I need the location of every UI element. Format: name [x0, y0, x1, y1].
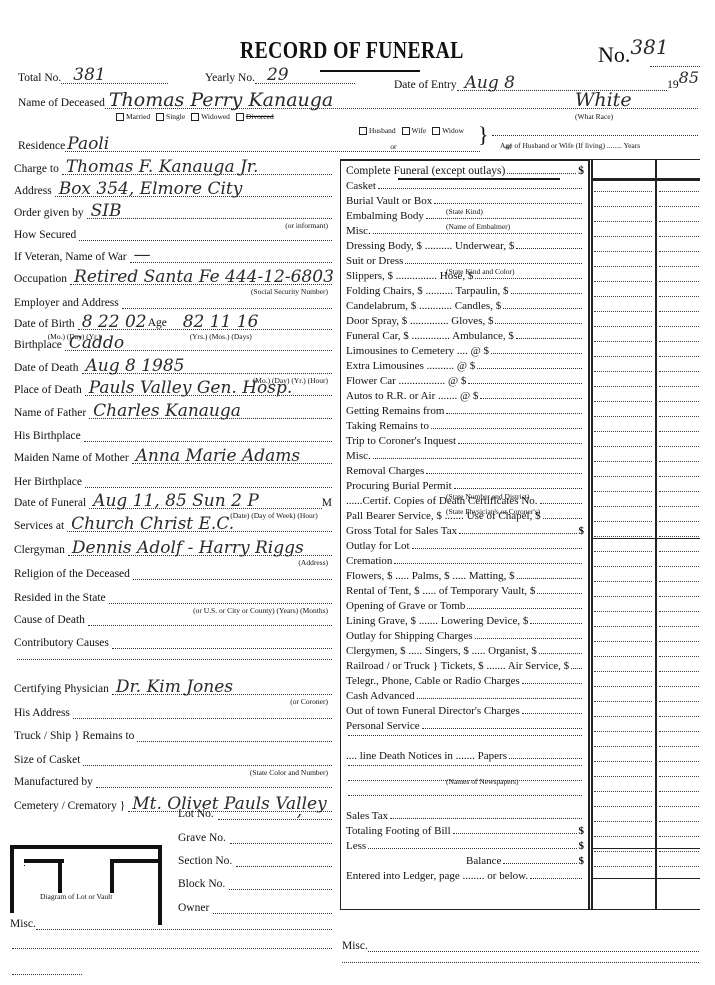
amount-dollars-cell[interactable]	[594, 701, 652, 702]
amount-dollars-cell[interactable]	[594, 461, 652, 462]
divorced-checkbox[interactable]	[236, 113, 244, 121]
amount-cents-cell[interactable]	[659, 581, 699, 582]
field-label: Services at	[14, 520, 64, 532]
field-input[interactable]	[85, 487, 332, 488]
amount-dollars-cell[interactable]	[594, 416, 652, 417]
field-input[interactable]	[79, 240, 332, 241]
residence-field: Residence Paoli or of	[18, 140, 480, 152]
amount-cents-cell[interactable]	[659, 776, 699, 777]
charge-label: .... line Death Notices in ....... Paper…	[346, 750, 507, 762]
amount-cents-cell[interactable]	[659, 671, 699, 672]
field-input[interactable]	[122, 308, 332, 309]
field-input[interactable]: —	[130, 262, 332, 263]
amount-dollars-cell[interactable]	[594, 866, 652, 867]
amount-cents-cell[interactable]	[659, 626, 699, 627]
dollar-sign: $	[579, 825, 585, 837]
race-hint: (What Race)	[575, 112, 613, 121]
charge-label: Door Spray, $ .............. Gloves, $	[346, 315, 493, 327]
residence-value[interactable]: Paoli	[67, 134, 109, 154]
amount-cents-cell[interactable]	[659, 536, 699, 537]
lot-field-label: Lot No.	[178, 808, 214, 820]
amount-column-divider-1b	[591, 160, 593, 910]
amount-dollars-cell[interactable]	[594, 326, 652, 327]
field-value: Anna Marie Adams	[136, 446, 300, 466]
misc-left-line-3[interactable]	[12, 974, 82, 975]
field-label: His Address	[14, 707, 70, 719]
amount-dollars-cell[interactable]	[594, 566, 652, 567]
amount-cents-cell[interactable]	[659, 821, 699, 822]
widow-checkbox[interactable]	[432, 127, 440, 135]
field-row: AddressBox 354, Elmore City	[14, 185, 332, 197]
amount-cents-cell[interactable]	[659, 551, 699, 552]
amount-dollars-cell[interactable]	[594, 296, 652, 297]
amount-dollars-cell[interactable]	[594, 611, 652, 612]
amount-dollars-cell[interactable]	[594, 746, 652, 747]
amount-cents-cell[interactable]	[659, 851, 699, 852]
misc-left-line-2[interactable]	[12, 948, 332, 949]
age-value[interactable]: 82 11 16	[183, 312, 259, 332]
amount-dollars-cell[interactable]	[594, 536, 652, 537]
field-label: Cause of Death	[14, 614, 85, 626]
field-hint: (Address)	[298, 558, 328, 567]
amount-cents-cell[interactable]	[659, 476, 699, 477]
yearly-no-value[interactable]: 29	[267, 65, 289, 85]
field-row	[14, 659, 332, 660]
diagram-right-border	[158, 845, 162, 925]
page-title: RECORD OF FUNERAL	[240, 38, 464, 65]
name-of-deceased-field: Name of Deceased Thomas Perry Kanauga Wh…	[18, 97, 698, 109]
charge-row: Lining Grave, $ ....... Lowering Device,…	[346, 615, 584, 627]
field-input[interactable]: Anna Marie Adams	[132, 463, 332, 464]
field-row: Manufactured by	[14, 776, 332, 788]
field-input[interactable]: Charles Kanauga	[89, 418, 332, 419]
lot-field-label: Block No.	[178, 878, 225, 890]
charge-label: Entered into Ledger, page ........ or be…	[346, 870, 528, 882]
charge-row: Flower Car ................. @ $	[346, 375, 584, 387]
charge-label: Limousines to Cemetery .... @ $	[346, 345, 489, 357]
charge-label: Burial Vault or Box	[346, 195, 432, 207]
amount-cents-cell[interactable]	[659, 446, 699, 447]
field-row: BirthplaceCaddo	[14, 339, 332, 351]
amount-cents-cell[interactable]	[659, 791, 699, 792]
amount-dollars-cell[interactable]	[594, 266, 652, 267]
amount-dollars-cell[interactable]	[594, 236, 652, 237]
charge-row: ......Certif. Copies of Death Certificat…	[346, 495, 584, 507]
field-value: Pauls Valley Gen. Hosp.	[89, 378, 293, 398]
charge-row: Telegr., Phone, Cable or Radio Charges	[346, 675, 584, 687]
widowed-checkbox[interactable]	[191, 113, 199, 121]
amount-cents-cell[interactable]	[659, 251, 699, 252]
charge-label: Candelabrum, $ ............ Candles, $	[346, 300, 501, 312]
charge-row: Balance$	[346, 855, 584, 867]
dollar-sign: $	[579, 840, 585, 852]
charge-label: Getting Remains from	[346, 405, 444, 417]
amount-cents-cell[interactable]	[659, 341, 699, 342]
lot-field-input[interactable]	[230, 843, 332, 844]
amount-cents-cell[interactable]	[659, 356, 699, 357]
name-of-deceased-value[interactable]: Thomas Perry Kanauga	[109, 89, 333, 111]
amount-dollars-cell[interactable]	[594, 641, 652, 642]
single-checkbox[interactable]	[156, 113, 164, 121]
lot-field-row: Grave No.	[178, 832, 332, 844]
charge-row: Personal Service	[346, 720, 584, 732]
spouse-line	[492, 135, 698, 136]
amount-dollars-cell[interactable]	[594, 761, 652, 762]
field-label: Religion of the Deceased	[14, 568, 130, 580]
marital-status-options: Married Single Widowed Divorced	[112, 112, 274, 121]
charge-label: Gross Total for Sales Tax	[346, 525, 457, 537]
amount-dollars-cell[interactable]	[594, 716, 652, 717]
amount-cents-cell[interactable]	[659, 506, 699, 507]
charge-label: Totaling Footing of Bill	[346, 825, 451, 837]
dollar-sign: $	[579, 855, 585, 867]
charge-label: Lining Grave, $ ....... Lowering Device,…	[346, 615, 528, 627]
amount-cents-cell[interactable]	[659, 191, 699, 192]
subtotal-rule	[592, 538, 700, 539]
amount-cents-cell[interactable]	[659, 206, 699, 207]
field-input[interactable]: Dr. Kim Jones(or Coroner)	[112, 694, 332, 695]
field-row: Place of DeathPauls Valley Gen. Hosp.	[14, 384, 332, 396]
field-value: Aug 11, 85 Sun 2 P	[93, 491, 259, 511]
amount-cents-cell[interactable]	[659, 596, 699, 597]
field-value: Charles Kanauga	[93, 401, 241, 421]
field-input[interactable]	[137, 741, 332, 742]
amount-cents-cell[interactable]	[659, 311, 699, 312]
amount-dollars-cell[interactable]	[594, 371, 652, 372]
amount-dollars-cell[interactable]	[594, 431, 652, 432]
lot-field-label: Owner	[178, 902, 209, 914]
amount-dollars-cell[interactable]	[594, 356, 652, 357]
field-row: Maiden Name of MotherAnna Marie Adams	[14, 452, 332, 464]
charge-row: Dressing Body, $ .......... Underwear, $	[346, 240, 584, 252]
field-input[interactable]: Aug 8 1985(Mo.) (Day) (Yr.) (Hour)	[82, 373, 333, 374]
field-value: 8 22 02	[82, 312, 147, 332]
field-value: SIB	[91, 201, 122, 221]
charge-row: Gross Total for Sales Tax$	[346, 525, 584, 537]
amount-cents-cell[interactable]	[659, 566, 699, 567]
amount-cents-cell[interactable]	[659, 386, 699, 387]
charge-label: Cash Advanced	[346, 690, 415, 702]
field-input[interactable]: Retired Santa Fe 444-12-6803(Social Secu…	[70, 284, 332, 285]
amount-cents-cell[interactable]	[659, 806, 699, 807]
charge-label: Procuring Burial Permit	[346, 480, 452, 492]
amount-cents-cell[interactable]	[659, 326, 699, 327]
field-hint: (Social Security Number)	[251, 287, 328, 296]
charge-row: Less$	[346, 840, 584, 852]
charge-label: Casket	[346, 180, 376, 192]
lot-field-row: Owner	[178, 902, 332, 914]
amount-cents-cell[interactable]	[659, 641, 699, 642]
amount-cents-cell[interactable]	[659, 371, 699, 372]
field-value: Church Christ E.C.	[71, 514, 234, 534]
charge-row: Flowers, $ ..... Palms, $ ..... Matting,…	[346, 570, 584, 582]
record-number-value[interactable]: 381	[630, 35, 668, 59]
charge-label: Extra Limousines .......... @ $	[346, 360, 475, 372]
amount-dollars-cell[interactable]	[594, 551, 652, 552]
amount-cents-cell[interactable]	[659, 656, 699, 657]
amount-dollars-cell[interactable]	[594, 821, 652, 822]
total-no-field: Total No. 381	[18, 72, 168, 84]
year-value[interactable]: 85	[679, 68, 699, 87]
charge-label: Cremation	[346, 555, 392, 567]
charge-row: Totaling Footing of Bill$	[346, 825, 584, 837]
amount-cents-cell[interactable]	[659, 401, 699, 402]
charge-label: Balance	[466, 855, 501, 867]
amount-cents-cell[interactable]	[659, 701, 699, 702]
charge-row: Cash Advanced	[346, 690, 584, 702]
diagram-top-border	[10, 845, 158, 849]
charge-row: Casket	[346, 180, 584, 192]
field-input[interactable]: (State Color and Number)	[83, 765, 332, 766]
amount-cents-cell[interactable]	[659, 266, 699, 267]
lot-field-row: Lot No.,	[178, 808, 332, 820]
charge-row: Autos to R.R. or Air ....... @ $	[346, 390, 584, 402]
field-input[interactable]: Church Christ E.C.	[67, 531, 332, 532]
lot-field-label: Grave No.	[178, 832, 226, 844]
diagram-door-right	[110, 859, 114, 893]
field-label: Date of Death	[14, 362, 79, 374]
amount-cents-cell[interactable]	[659, 611, 699, 612]
age-label: Age	[148, 317, 167, 329]
amount-dollars-cell[interactable]	[594, 311, 652, 312]
charge-row: Complete Funeral (except outlays)$	[346, 165, 584, 177]
charge-row: Clergymen, $ ..... Singers, $ ..... Orga…	[346, 645, 584, 657]
amount-dollars-cell[interactable]	[594, 596, 652, 597]
charge-row: Door Spray, $ .............. Gloves, $	[346, 315, 584, 327]
charge-row: .... line Death Notices in ....... Paper…	[346, 750, 584, 762]
race-value[interactable]: White	[575, 89, 632, 111]
charge-label: Less	[346, 840, 366, 852]
field-row: His Birthplace	[14, 430, 332, 442]
amount-cents-cell[interactable]	[659, 521, 699, 522]
date-of-entry-value[interactable]: Aug 8	[465, 73, 515, 93]
charge-row: (Names of Newspapers)	[346, 765, 584, 769]
field-value: Box 354, Elmore City	[59, 179, 243, 199]
charge-row: Slippers, $ ............... Hose, $	[346, 270, 584, 282]
field-input[interactable]	[17, 659, 332, 660]
funeral-total-rule	[592, 178, 700, 181]
charges-box-top	[340, 159, 700, 160]
charge-row: Rental of Tent, $ ..... of Temporary Vau…	[346, 585, 584, 597]
amount-dollars-cell[interactable]	[594, 776, 652, 777]
amount-dollars-cell[interactable]	[594, 521, 652, 522]
charge-label: Dressing Body, $ .......... Underwear, $	[346, 240, 514, 252]
field-row: OccupationRetired Santa Fe 444-12-6803(S…	[14, 273, 332, 285]
charge-label: Railroad / or Truck } Tickets, $ .......…	[346, 660, 569, 672]
amount-dollars-cell[interactable]	[594, 671, 652, 672]
charge-label: Clergymen, $ ..... Singers, $ ..... Orga…	[346, 645, 537, 657]
field-row: His Address	[14, 707, 332, 719]
amount-dollars-cell[interactable]	[594, 281, 652, 282]
charge-row: Sales Tax	[346, 810, 584, 822]
charge-row	[346, 795, 584, 799]
field-row: Employer and Address	[14, 297, 332, 309]
amount-dollars-cell[interactable]	[594, 626, 652, 627]
amount-cents-cell[interactable]	[659, 281, 699, 282]
charge-label: Outlay for Shipping Charges	[346, 630, 473, 642]
field-value: Dr. Kim Jones	[116, 677, 233, 697]
amount-dollars-cell[interactable]	[594, 506, 652, 507]
husband-checkbox[interactable]	[359, 127, 367, 135]
amount-dollars-cell[interactable]	[594, 251, 652, 252]
field-input[interactable]: Thomas F. Kanauga Jr.	[62, 174, 332, 175]
charge-row: Burial Vault or Box(State Kind)	[346, 195, 584, 207]
date-of-entry-field: Date of Entry Aug 8 1985	[394, 72, 699, 91]
field-label: Clergyman	[14, 544, 65, 556]
field-input[interactable]	[96, 787, 332, 788]
amount-dollars-cell[interactable]	[594, 656, 652, 657]
charge-row	[346, 780, 584, 784]
field-input[interactable]: Box 354, Elmore City	[55, 196, 332, 197]
charge-row: Outlay for Shipping Charges	[346, 630, 584, 642]
field-label: If Veteran, Name of War	[14, 251, 127, 263]
charge-row: Removal Charges	[346, 465, 584, 477]
amount-dollars-cell[interactable]	[594, 386, 652, 387]
charge-label: Autos to R.R. or Air ....... @ $	[346, 390, 478, 402]
charge-row: Pall Bearer Service, $ ....... Use of Ch…	[346, 510, 584, 522]
amount-dollars-cell[interactable]	[594, 851, 652, 852]
misc-right-line-2[interactable]	[342, 962, 699, 963]
charge-label: Folding Chairs, $ .......... Tarpaulin, …	[346, 285, 509, 297]
field-label: Size of Casket	[14, 754, 80, 766]
charge-label: Suit or Dress	[346, 255, 403, 267]
field-label: Place of Death	[14, 384, 82, 396]
field-label: Contributory Causes	[14, 637, 109, 649]
amount-dollars-cell[interactable]	[594, 191, 652, 192]
amount-cents-cell[interactable]	[659, 296, 699, 297]
field-value: —	[134, 245, 151, 265]
amount-cents-cell[interactable]	[659, 746, 699, 747]
charge-label: Outlay for Lot	[346, 540, 410, 552]
field-input[interactable]	[112, 648, 332, 649]
amount-cents-cell[interactable]	[659, 866, 699, 867]
field-row: Size of Casket(State Color and Number)	[14, 754, 332, 766]
amount-cents-cell[interactable]	[659, 416, 699, 417]
field-label: Address	[14, 185, 52, 197]
charge-row: Trip to Coroner's Inquest	[346, 435, 584, 447]
amount-cents-cell[interactable]	[659, 686, 699, 687]
charge-row: Taking Remains to	[346, 420, 584, 432]
lot-field-value: ,	[297, 801, 302, 821]
yearly-no-field: Yearly No. 29	[205, 72, 355, 84]
field-row: Resided in the State(or U.S. or City or …	[14, 592, 332, 604]
lot-field-row: Block No.	[178, 878, 332, 890]
amount-cents-cell[interactable]	[659, 221, 699, 222]
field-hint: (Date) (Day of Week) (Hour)	[230, 511, 318, 520]
lot-field-label: Section No.	[178, 855, 232, 867]
amount-cents-cell[interactable]	[659, 761, 699, 762]
field-input[interactable]	[84, 441, 332, 442]
amount-cents-cell[interactable]	[659, 431, 699, 432]
field-label: Order given by	[14, 207, 84, 219]
field-row: If Veteran, Name of War—	[14, 251, 332, 263]
charge-label: Rental of Tent, $ ..... of Temporary Vau…	[346, 585, 535, 597]
diagram-door-left	[58, 859, 62, 893]
field-value: Thomas F. Kanauga Jr.	[66, 157, 259, 177]
amount-dollars-cell[interactable]	[594, 686, 652, 687]
amount-dollars-cell[interactable]	[594, 401, 652, 402]
amount-dollars-cell[interactable]	[594, 341, 652, 342]
field-value: Caddo	[69, 333, 124, 353]
lot-field-input[interactable]	[236, 866, 332, 867]
field-value: Aug 8 1985	[86, 356, 185, 376]
lot-field-input[interactable]	[213, 913, 332, 914]
amount-dollars-cell[interactable]	[594, 206, 652, 207]
lot-field-input[interactable]: ,	[218, 819, 332, 820]
amount-dollars-cell[interactable]	[594, 731, 652, 732]
field-label: Birthplace	[14, 339, 62, 351]
amount-dollars-cell[interactable]	[594, 791, 652, 792]
amount-cents-cell[interactable]	[659, 836, 699, 837]
amount-dollars-cell[interactable]	[594, 476, 652, 477]
charge-row: Extra Limousines .......... @ $	[346, 360, 584, 372]
field-label: Certifying Physician	[14, 683, 109, 695]
field-hint: (or Coroner)	[290, 697, 328, 706]
charge-row: Limousines to Cemetery .... @ $	[346, 345, 584, 357]
amount-dollars-cell[interactable]	[594, 806, 652, 807]
field-input[interactable]	[133, 579, 332, 580]
amount-cents-cell[interactable]	[659, 731, 699, 732]
spouse-options: Husband Wife Widow	[355, 126, 464, 135]
lot-field-input[interactable]	[229, 889, 332, 890]
field-label: How Secured	[14, 229, 76, 241]
field-row: Religion of the Deceased	[14, 568, 332, 580]
field-input[interactable]: (or U.S. or City or County) (Years) (Mon…	[109, 603, 332, 604]
amount-cents-cell[interactable]	[659, 716, 699, 717]
charge-label: Sales Tax	[346, 810, 388, 822]
charge-label: Flower Car ................. @ $	[346, 375, 466, 387]
amount-dollars-cell[interactable]	[594, 491, 652, 492]
misc-left-field: Misc.	[10, 918, 332, 930]
lot-field-row: Section No.	[178, 855, 332, 867]
charges-box-bottom	[340, 909, 700, 910]
field-input[interactable]: Aug 11, 85 Sun 2 P(Date) (Day of Week) (…	[89, 508, 322, 509]
less-rule	[592, 878, 700, 879]
field-row: Truck / Ship } Remains to	[14, 730, 332, 742]
field-label: Name of Father	[14, 407, 86, 419]
amount-dollars-cell[interactable]	[594, 836, 652, 837]
field-input[interactable]: Caddo	[65, 350, 332, 351]
amount-cents-cell[interactable]	[659, 491, 699, 492]
amount-dollars-cell[interactable]	[594, 221, 652, 222]
field-input[interactable]	[73, 718, 332, 719]
field-row: Date of DeathAug 8 1985(Mo.) (Day) (Yr.)…	[14, 362, 332, 374]
field-label: Employer and Address	[14, 297, 119, 309]
field-input[interactable]: Pauls Valley Gen. Hosp.	[85, 395, 332, 396]
amount-cents-cell[interactable]	[659, 236, 699, 237]
field-input[interactable]: 8 22 02Age82 11 16(Yrs.) (Mos.) (Days)(M…	[78, 329, 332, 330]
field-row: Order given bySIB(or informant)	[14, 207, 332, 219]
amount-column-divider-1	[588, 160, 590, 910]
field-input[interactable]: Dennis Adolf - Harry Riggs(Address)	[68, 555, 332, 556]
charge-label: Funeral Car, $ .............. Ambulance,…	[346, 330, 514, 342]
married-checkbox[interactable]	[116, 113, 124, 121]
charge-label: Out of town Funeral Director's Charges	[346, 705, 520, 717]
charge-label: ......Certif. Copies of Death Certificat…	[346, 495, 538, 507]
amount-dollars-cell[interactable]	[594, 446, 652, 447]
field-input[interactable]	[88, 625, 332, 626]
record-number-label: No.381	[598, 42, 669, 68]
misc-right-field: Misc.	[342, 940, 699, 952]
total-no-value[interactable]: 381	[73, 65, 105, 85]
field-label: Charge to	[14, 163, 59, 175]
field-input[interactable]: SIB(or informant)	[87, 218, 332, 219]
charge-label: Embalming Body	[346, 210, 424, 222]
wife-checkbox[interactable]	[402, 127, 410, 135]
field-row: How Secured	[14, 229, 332, 241]
amount-dollars-cell[interactable]	[594, 581, 652, 582]
amount-cents-cell[interactable]	[659, 461, 699, 462]
